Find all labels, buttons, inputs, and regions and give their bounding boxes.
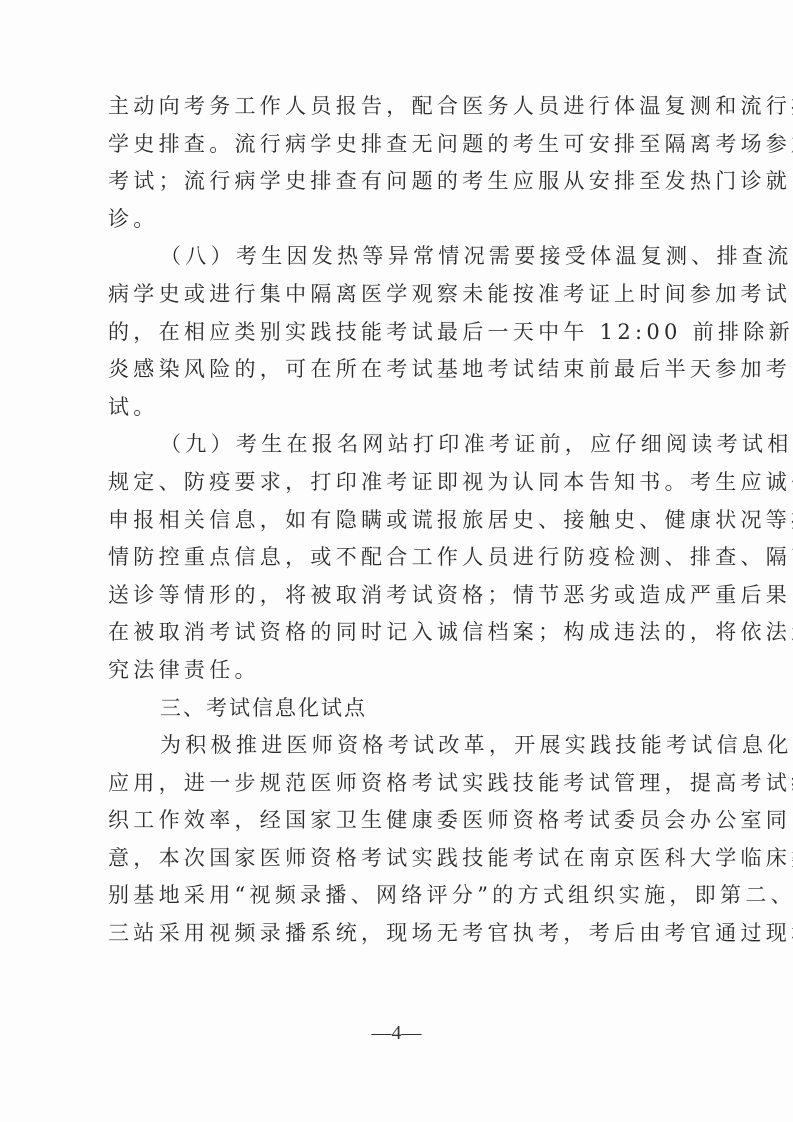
text-line: 三站采用视频录播系统，现场无考官执考，考后由考官通过现场 [108, 915, 694, 953]
text-line: 送诊等情形的，将被取消考试资格；情节恶劣或造成严重后果的， [108, 577, 694, 615]
text-line: 在被取消考试资格的同时记入诚信档案；构成违法的，将依法追 [108, 614, 694, 652]
text-line: 申报相关信息，如有隐瞒或谎报旅居史、接触史、健康状况等疫 [108, 502, 694, 540]
body-text: 主动向考务工作人员报告，配合医务人员进行体温复测和流行病学史排查。流行病学史排查… [108, 88, 694, 953]
text-line: （八）考生因发热等异常情况需要接受体温复测、排查流行 [108, 238, 694, 276]
text-line: 织工作效率，经国家卫生健康委医师资格考试委员会办公室同 [108, 802, 694, 840]
text-line: 考试；流行病学史排查有问题的考生应服从安排至发热门诊就 [108, 163, 694, 201]
text-line: 诊。 [108, 201, 694, 239]
text-line: 究法律责任。 [108, 652, 694, 690]
text-line: （九）考生在报名网站打印准考证前，应仔细阅读考试相关 [108, 426, 694, 464]
text-line: 应用，进一步规范医师资格考试实践技能考试管理，提高考试组 [108, 765, 694, 803]
text-line: 试。 [108, 389, 694, 427]
document-page: 主动向考务工作人员报告，配合医务人员进行体温复测和流行病学史排查。流行病学史排查… [0, 0, 793, 1122]
page-number: —4— [0, 1022, 793, 1045]
text-line: 情防控重点信息，或不配合工作人员进行防疫检测、排查、隔离、 [108, 539, 694, 577]
text-line: 别基地采用“视频录播、网络评分”的方式组织实施，即第二、 [108, 877, 694, 915]
text-line: 为积极推进医师资格考试改革，开展实践技能考试信息化的 [108, 727, 694, 765]
section-heading: 三、考试信息化试点 [108, 690, 694, 728]
text-line: 主动向考务工作人员报告，配合医务人员进行体温复测和流行病 [108, 88, 694, 126]
text-line: 炎感染风险的，可在所在考试基地考试结束前最后半天参加考 [108, 351, 694, 389]
text-line: 学史排查。流行病学史排查无问题的考生可安排至隔离考场参加 [108, 126, 694, 164]
text-line: 意，本次国家医师资格考试实践技能考试在南京医科大学临床类 [108, 840, 694, 878]
text-line: 规定、防疫要求，打印准考证即视为认同本告知书。考生应诚信 [108, 464, 694, 502]
text-line: 的，在相应类别实践技能考试最后一天中午 12:00 前排除新冠肺 [108, 314, 694, 352]
text-line: 病学史或进行集中隔离医学观察未能按准考证上时间参加考试 [108, 276, 694, 314]
